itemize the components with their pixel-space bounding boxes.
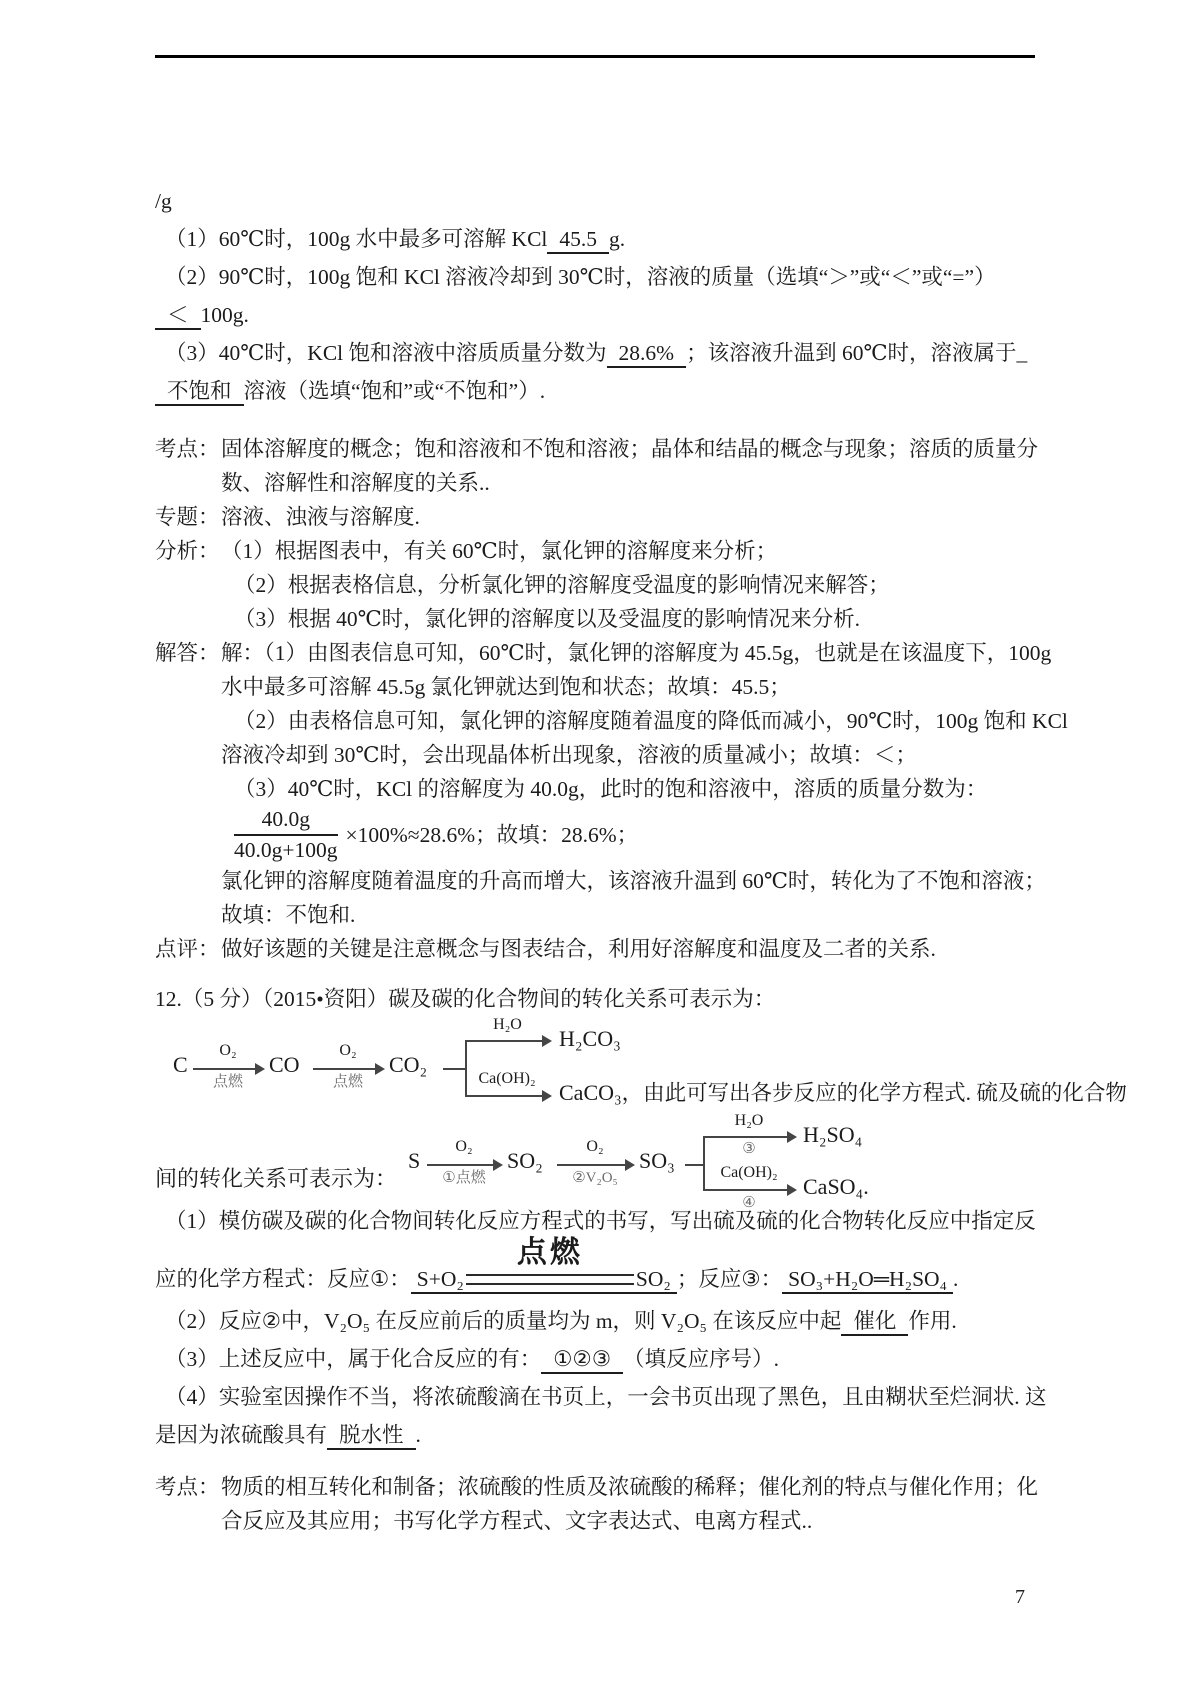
q12-equation-intro: 应的化学方程式：反应①：	[155, 1267, 411, 1291]
species-co2: CO₂	[389, 1052, 427, 1078]
fenxi-text-3: （3）根据 40℃时，氯化钾的溶解度以及受温度的影响情况来分析.	[234, 607, 860, 631]
jieda-line-1: 解答：解：（1）由图表信息可知，60℃时，氯化钾的溶解度为 45.5g，也就是在…	[155, 636, 1045, 670]
period: .	[863, 1174, 869, 1199]
fraction-denominator: 40.0g+100g	[234, 836, 338, 863]
q11-analysis-block: 考点：固体溶解度的概念；饱和溶液和不饱和溶液；晶体和结晶的概念与现象；溶质的质量…	[155, 432, 1045, 966]
q12-part4-text: （4）实验室因操作不当，将浓硫酸滴在书页上，一会书页出现了黑色，且由糊状至烂洞状…	[165, 1385, 1047, 1409]
q12-part3-answer-blank: ①②③	[541, 1346, 623, 1374]
kaodian-text-1: 固体溶解度的概念；饱和溶液和不饱和溶液；晶体和结晶的概念与现象；溶质的质量分	[221, 437, 1038, 461]
q12-part2-line: （2）反应②中，V₂O₅ 在反应前后的质量均为 m，则 V₂O₅ 在该反应中起催…	[155, 1302, 1045, 1340]
q11-part3-line: （3）40℃时，KCl 饱和溶液中溶质质量分数为28.6%；该溶液升温到 60℃…	[155, 334, 1045, 372]
fraction-result: ×100%≈28.6%；故填：28.6%；	[346, 818, 639, 852]
q12-part4-line-1: （4）实验室因操作不当，将浓硫酸滴在书页上，一会书页出现了黑色，且由糊状至烂洞状…	[155, 1378, 1045, 1416]
species-caso4-text: CaSO₄	[803, 1174, 863, 1199]
arrow-reagent: Ca(OH)₂	[701, 1164, 797, 1182]
arrow-reagent: O₂	[427, 1138, 501, 1156]
q11-part3-mid: ；该溶液升温到 60℃时，溶液属于_	[686, 341, 1027, 365]
q12-part2-text: （2）反应②中，V₂O₅ 在反应前后的质量均为 m，则 V₂O₅ 在该反应中起	[165, 1309, 841, 1333]
arrow	[427, 1164, 501, 1166]
q12-equation-end: .	[953, 1267, 958, 1291]
connector-line	[443, 1068, 465, 1070]
carbon-transformation-diagram: C O₂ 点燃 CO O₂ 点燃 CO₂ H₂O H₂CO₃ Ca(OH)₂ C…	[155, 1018, 1045, 1118]
jieda-text-4: 溶液冷却到 30℃时，会出现晶体析出现象，溶液的质量减小；故填：＜；	[221, 743, 917, 767]
arrow-condition: 点燃	[193, 1073, 263, 1091]
q11-part2-answer-blank: ＜	[155, 302, 201, 330]
q12-kaodian-text-2: 合反应及其应用；书写化学方程式、文字表达式、电离方程式..	[221, 1509, 812, 1533]
q12-kaodian-line-2: 合反应及其应用；书写化学方程式、文字表达式、电离方程式..	[155, 1504, 1045, 1538]
species-c: C	[173, 1052, 188, 1078]
q11-part2-answer-line: ＜100g.	[155, 296, 1045, 334]
q12-kaodian-label: 考点：	[155, 1470, 221, 1504]
q12-stem: 12.（5 分）（2015•资阳）碳及碳的化合物间的转化关系可表示为：	[155, 980, 1045, 1018]
reaction1-lhs: S+O₂	[417, 1266, 464, 1292]
jieda-text-6: 氯化钾的溶解度随着温度的升高而增大，该溶液升温到 60℃时，转化为了不饱和溶液；	[221, 869, 1046, 893]
jieda-text-7: 故填：不饱和.	[221, 903, 355, 927]
q11-part2-line: （2）90℃时，100g 饱和 KCl 溶液冷却到 30℃时，溶液的质量（选填“…	[155, 258, 1045, 296]
jieda-line-4: 溶液冷却到 30℃时，会出现晶体析出现象，溶液的质量减小；故填：＜；	[155, 738, 1045, 772]
q12-part3-tail: （填反应序号）.	[623, 1347, 779, 1371]
species-caco3: CaCO₃	[559, 1080, 622, 1105]
page-number: 7	[1015, 1586, 1025, 1609]
species-s: S	[408, 1148, 420, 1174]
zhuanti-label: 专题：	[155, 500, 221, 534]
reaction1-rhs: SO₂	[636, 1266, 671, 1292]
arrow-condition: ①点燃	[427, 1169, 501, 1187]
q12-part2-tail: 作用.	[908, 1309, 956, 1333]
fenxi-label: 分析：	[155, 534, 221, 568]
q12-part1-line-2: 应的化学方程式：反应①：S+O₂点燃SO₂；反应③：SO₃+H₂O═H₂SO₄.	[155, 1260, 1045, 1298]
q12-part4-line-2: 是因为浓硫酸具有脱水性.	[155, 1416, 1045, 1454]
species-caso4: CaSO₄.	[803, 1174, 869, 1200]
fenxi-line-2: （2）根据表格信息，分析氯化钾的溶解度受温度的影响情况来解答；	[155, 568, 1045, 602]
header-rule	[155, 55, 1035, 58]
kaodian-text-2: 数、溶解性和溶解度的关系..	[221, 471, 490, 495]
arrow	[703, 1136, 795, 1138]
kaodian-label: 考点：	[155, 432, 221, 466]
q12-part3-text: （3）上述反应中，属于化合反应的有：	[165, 1347, 541, 1371]
q11-part1-line: （1）60℃时，100g 水中最多可溶解 KCl45.5g.	[155, 220, 1045, 258]
species-co: CO	[269, 1052, 300, 1078]
fenxi-text-1: （1）根据图表中，有关 60℃时，氯化钾的溶解度来分析；	[221, 539, 777, 563]
arrow-step-number: ④	[703, 1194, 795, 1212]
arrow-reagent: O₂	[193, 1042, 263, 1060]
q12-part4-answer-blank: 脱水性	[327, 1422, 416, 1450]
continuation-text: 间的转化关系可表示为：	[155, 1166, 397, 1192]
arrow-condition: ②V₂O₅	[557, 1169, 633, 1187]
arrow	[465, 1040, 550, 1042]
q12-part4-tail: .	[416, 1423, 421, 1447]
arrow-step-number: ③	[703, 1140, 795, 1158]
q11-part1-answer-blank: 45.5	[547, 226, 609, 254]
jieda-line-5: （3）40℃时，KCl 的溶解度为 40.0g，此时的饱和溶液中，溶质的质量分数…	[155, 772, 1045, 806]
reaction1-answer-blank: S+O₂点燃SO₂	[411, 1266, 677, 1294]
q12-part1-text: （1）模仿碳及碳的化合物间转化反应方程式的书写，写出硫及硫的化合物转化反应中指定…	[165, 1209, 1036, 1233]
jieda-label: 解答：	[155, 636, 221, 670]
fraction: 40.0g 40.0g+100g	[234, 807, 338, 863]
q11-part1-tail: g.	[609, 227, 625, 251]
q11-part3-answer-tail: 溶液（选填“饱和”或“不饱和”）.	[244, 379, 546, 403]
q12-analysis-block: 考点：物质的相互转化和制备；浓硫酸的性质及浓硫酸的稀释；催化剂的特点与催化作用；…	[155, 1470, 1045, 1538]
jieda-line-6: 氯化钾的溶解度随着温度的升高而增大，该溶液升温到 60℃时，转化为了不饱和溶液；	[155, 864, 1045, 898]
arrow	[313, 1068, 383, 1070]
q12-part2-answer-blank: 催化	[841, 1308, 908, 1336]
sulfur-transformation-diagram: 间的转化关系可表示为： S O₂ ①点燃 SO₂ O₂ ②V₂O₅ SO₃ H₂…	[155, 1118, 1045, 1202]
species-so3: SO₃	[639, 1148, 675, 1174]
q11-part3-answer-blank: 28.6%	[607, 340, 687, 368]
arrow	[465, 1095, 550, 1097]
arrow	[193, 1068, 263, 1070]
fenxi-text-2: （2）根据表格信息，分析氯化钾的溶解度受温度的影响情况来解答；	[234, 573, 890, 597]
jieda-text-2: 水中最多可溶解 45.5g 氯化钾就达到饱和状态；故填：45.5；	[221, 675, 791, 699]
arrow-reagent: H₂O	[465, 1016, 550, 1034]
q12-part1-line-1: （1）模仿碳及碳的化合物间转化反应方程式的书写，写出硫及硫的化合物转化反应中指定…	[155, 1202, 1045, 1240]
arrow-reagent: Ca(OH)₂	[463, 1070, 551, 1088]
jieda-line-7: 故填：不饱和.	[155, 898, 1045, 932]
q12-equation-mid: ；反应③：	[677, 1267, 782, 1291]
jieda-line-2: 水中最多可溶解 45.5g 氯化钾就达到饱和状态；故填：45.5；	[155, 670, 1045, 704]
q12-part4-text-2: 是因为浓硫酸具有	[155, 1423, 327, 1447]
arrow	[703, 1189, 795, 1191]
species-caco3-and-note: CaCO₃，由此可写出各步反应的化学方程式. 硫及硫的化合物	[559, 1080, 1127, 1106]
diagram-note-text: ，由此可写出各步反应的化学方程式. 硫及硫的化合物	[622, 1081, 1127, 1105]
q11-part2-text: （2）90℃时，100g 饱和 KCl 溶液冷却到 30℃时，溶液的质量（选填“…	[165, 265, 996, 289]
jieda-line-3: （2）由表格信息可知，氯化钾的溶解度随着温度的降低而减小，90℃时，100g 饱…	[155, 704, 1045, 738]
q11-part3-text: （3）40℃时，KCl 饱和溶液中溶质质量分数为	[165, 341, 607, 365]
mass-fraction-formula: 40.0g 40.0g+100g ×100%≈28.6%；故填：28.6%；	[155, 806, 1045, 864]
dianping-label: 点评：	[155, 932, 221, 966]
q12-kaodian-text-1: 物质的相互转化和制备；浓硫酸的性质及浓硫酸的稀释；催化剂的特点与催化作用；化	[221, 1475, 1038, 1499]
q12-part3-line: （3）上述反应中，属于化合反应的有：①②③（填反应序号）.	[155, 1340, 1045, 1378]
arrow	[557, 1164, 633, 1166]
kaodian-line-2: 数、溶解性和溶解度的关系..	[155, 466, 1045, 500]
q11-part1-text: （1）60℃时，100g 水中最多可溶解 KCl	[165, 227, 547, 251]
arrow-reagent: O₂	[313, 1042, 383, 1060]
q11-part3-answer-line: 不饱和溶液（选填“饱和”或“不饱和”）.	[155, 372, 1045, 410]
species-h2co3: H₂CO₃	[559, 1026, 621, 1052]
jieda-text-5: （3）40℃时，KCl 的溶解度为 40.0g，此时的饱和溶液中，溶质的质量分数…	[234, 777, 987, 801]
fenxi-line-3: （3）根据 40℃时，氯化钾的溶解度以及受温度的影响情况来分析.	[155, 602, 1045, 636]
reaction3-answer-blank: SO₃+H₂O═H₂SO₄	[782, 1266, 953, 1294]
jieda-text-3: （2）由表格信息可知，氯化钾的溶解度随着温度的降低而减小，90℃时，100g 饱…	[234, 709, 1068, 733]
dianping-line: 点评：做好该题的关键是注意概念与图表结合，利用好溶解度和温度及二者的关系.	[155, 932, 1045, 966]
axis-unit-text: /g	[155, 189, 172, 213]
dianping-text: 做好该题的关键是注意概念与图表结合，利用好溶解度和温度及二者的关系.	[221, 937, 936, 961]
q12-stem-text: 12.（5 分）（2015•资阳）碳及碳的化合物间的转化关系可表示为：	[155, 987, 775, 1011]
fenxi-line-1: 分析：（1）根据图表中，有关 60℃时，氯化钾的溶解度来分析；	[155, 534, 1045, 568]
exam-document-page: /g （1）60℃时，100g 水中最多可溶解 KCl45.5g. （2）90℃…	[0, 0, 1200, 1698]
arrow-condition: 点燃	[313, 1073, 383, 1091]
arrow-reagent: O₂	[557, 1138, 633, 1156]
arrow-reagent: H₂O	[703, 1112, 795, 1130]
chart-axis-unit: /g	[155, 182, 1045, 220]
species-so2: SO₂	[507, 1148, 543, 1174]
q12-kaodian-line: 考点：物质的相互转化和制备；浓硫酸的性质及浓硫酸的稀释；催化剂的特点与催化作用；…	[155, 1470, 1045, 1504]
double-bond-equals-line: 点燃	[466, 1274, 634, 1285]
zhuanti-text: 溶液、浊液与溶解度.	[221, 505, 420, 529]
kaodian-line: 考点：固体溶解度的概念；饱和溶液和不饱和溶液；晶体和结晶的概念与现象；溶质的质量…	[155, 432, 1045, 466]
q11-part3-answer2-blank: 不饱和	[155, 378, 244, 406]
zhuanti-line: 专题：溶液、浊液与溶解度.	[155, 500, 1045, 534]
ignition-condition-label: 点燃	[517, 1240, 583, 1266]
page-content: /g （1）60℃时，100g 水中最多可溶解 KCl45.5g. （2）90℃…	[155, 0, 1045, 1538]
jieda-text-1: 解：（1）由图表信息可知，60℃时，氯化钾的溶解度为 45.5g，也就是在该温度…	[221, 641, 1051, 665]
q11-part2-answer-tail: 100g.	[201, 303, 249, 327]
fraction-numerator: 40.0g	[234, 807, 338, 836]
species-h2so4: H₂SO₄	[803, 1122, 862, 1148]
branch-line	[465, 1040, 467, 1097]
